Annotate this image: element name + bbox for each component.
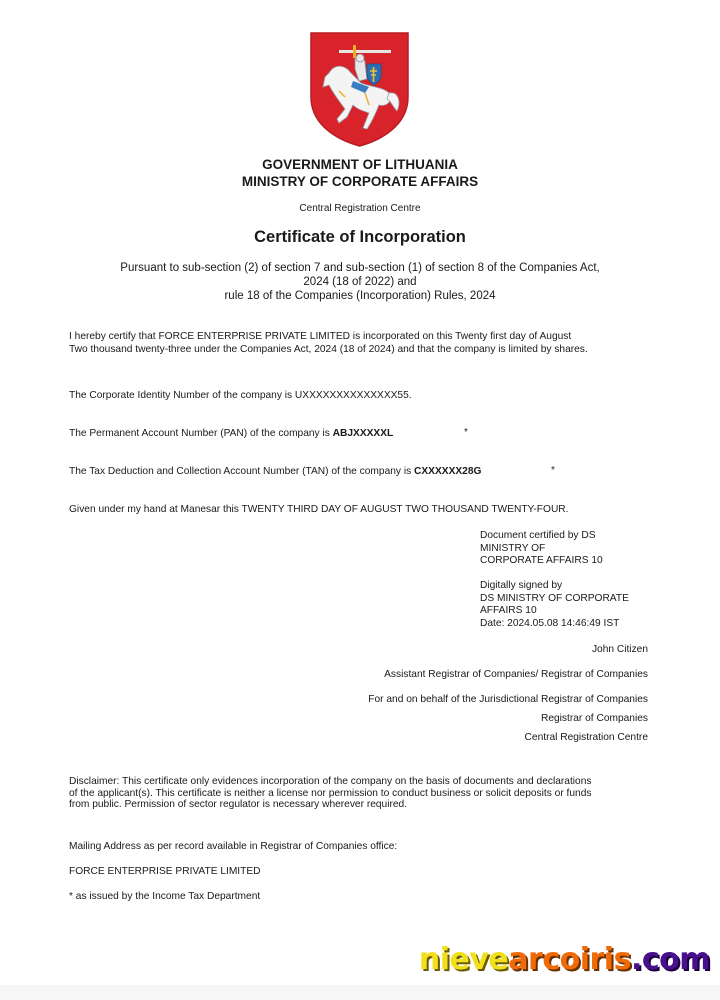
lithuania-coat-of-arms-icon (309, 31, 410, 148)
cin-statement: The Corporate Identity Number of the com… (69, 389, 412, 402)
mailing-company-name: FORCE ENTERPRISE PRIVATE LIMITED (69, 865, 261, 878)
centre-line: Central Registration Centre (525, 732, 648, 743)
pan-footnote-marker: * (464, 427, 468, 438)
signatory-role: Assistant Registrar of Companies/ Regist… (384, 669, 648, 680)
page-title: Certificate of Incorporation (0, 228, 720, 247)
given-under-hand: Given under my hand at Manesar this TWEN… (69, 503, 569, 516)
on-behalf-line: For and on behalf of the Jurisdictional … (368, 694, 648, 705)
signatory-name: John Citizen (592, 644, 648, 655)
digital-signature-block: Digitally signed by DS MINISTRY OF CORPO… (480, 580, 629, 630)
tan-footnote-marker: * (551, 465, 555, 476)
pan-statement: The Permanent Account Number (PAN) of th… (69, 427, 393, 440)
certify-line: I hereby certify that FORCE ENTERPRISE P… (69, 330, 588, 343)
certification-statement: I hereby certify that FORCE ENTERPRISE P… (69, 330, 588, 356)
tan-label: The Tax Deduction and Collection Account… (69, 466, 414, 477)
watermark-logo: nievearcoiris.com (419, 942, 710, 977)
certified-by-block: Document certified by DS MINISTRY OF COR… (480, 530, 603, 568)
certified-line: MINISTRY OF (480, 543, 603, 556)
pursuant-line: rule 18 of the Companies (Incorporation)… (60, 289, 660, 303)
watermark-part: .com (631, 942, 710, 977)
certified-line: Document certified by DS (480, 530, 603, 543)
bottom-strip (0, 985, 720, 1000)
pan-label: The Permanent Account Number (PAN) of th… (69, 428, 333, 439)
registrar-line: Registrar of Companies (541, 713, 648, 724)
signed-line: Digitally signed by (480, 580, 629, 593)
disclaimer: Disclaimer: This certificate only eviden… (69, 776, 591, 811)
watermark-part: nieve (419, 942, 508, 977)
government-heading: GOVERNMENT OF LITHUANIA (0, 157, 720, 173)
certify-line: Two thousand twenty-three under the Comp… (69, 343, 588, 356)
pursuant-line: Pursuant to sub-section (2) of section 7… (60, 261, 660, 275)
certified-line: CORPORATE AFFAIRS 10 (480, 555, 603, 568)
office-subheading: Central Registration Centre (0, 203, 720, 214)
footnote: * as issued by the Income Tax Department (69, 890, 260, 903)
pursuant-clause: Pursuant to sub-section (2) of section 7… (60, 261, 660, 303)
signed-line: DS MINISTRY OF CORPORATE (480, 593, 629, 606)
tan-statement: The Tax Deduction and Collection Account… (69, 465, 481, 478)
tan-value: CXXXXXX28G (414, 466, 481, 477)
pan-value: ABJXXXXXL (333, 428, 394, 439)
disclaimer-line: of the applicant(s). This certificate is… (69, 788, 591, 800)
signed-line: AFFAIRS 10 (480, 605, 629, 618)
mailing-address-label: Mailing Address as per record available … (69, 840, 397, 853)
disclaimer-line: Disclaimer: This certificate only eviden… (69, 776, 591, 788)
signature-date: Date: 2024.05.08 14:46:49 IST (480, 618, 629, 631)
watermark-part: arcoiris (508, 942, 631, 977)
disclaimer-line: from public. Permission of sector regula… (69, 799, 591, 811)
pursuant-line: 2024 (18 of 2022) and (60, 275, 660, 289)
ministry-heading: MINISTRY OF CORPORATE AFFAIRS (0, 174, 720, 190)
